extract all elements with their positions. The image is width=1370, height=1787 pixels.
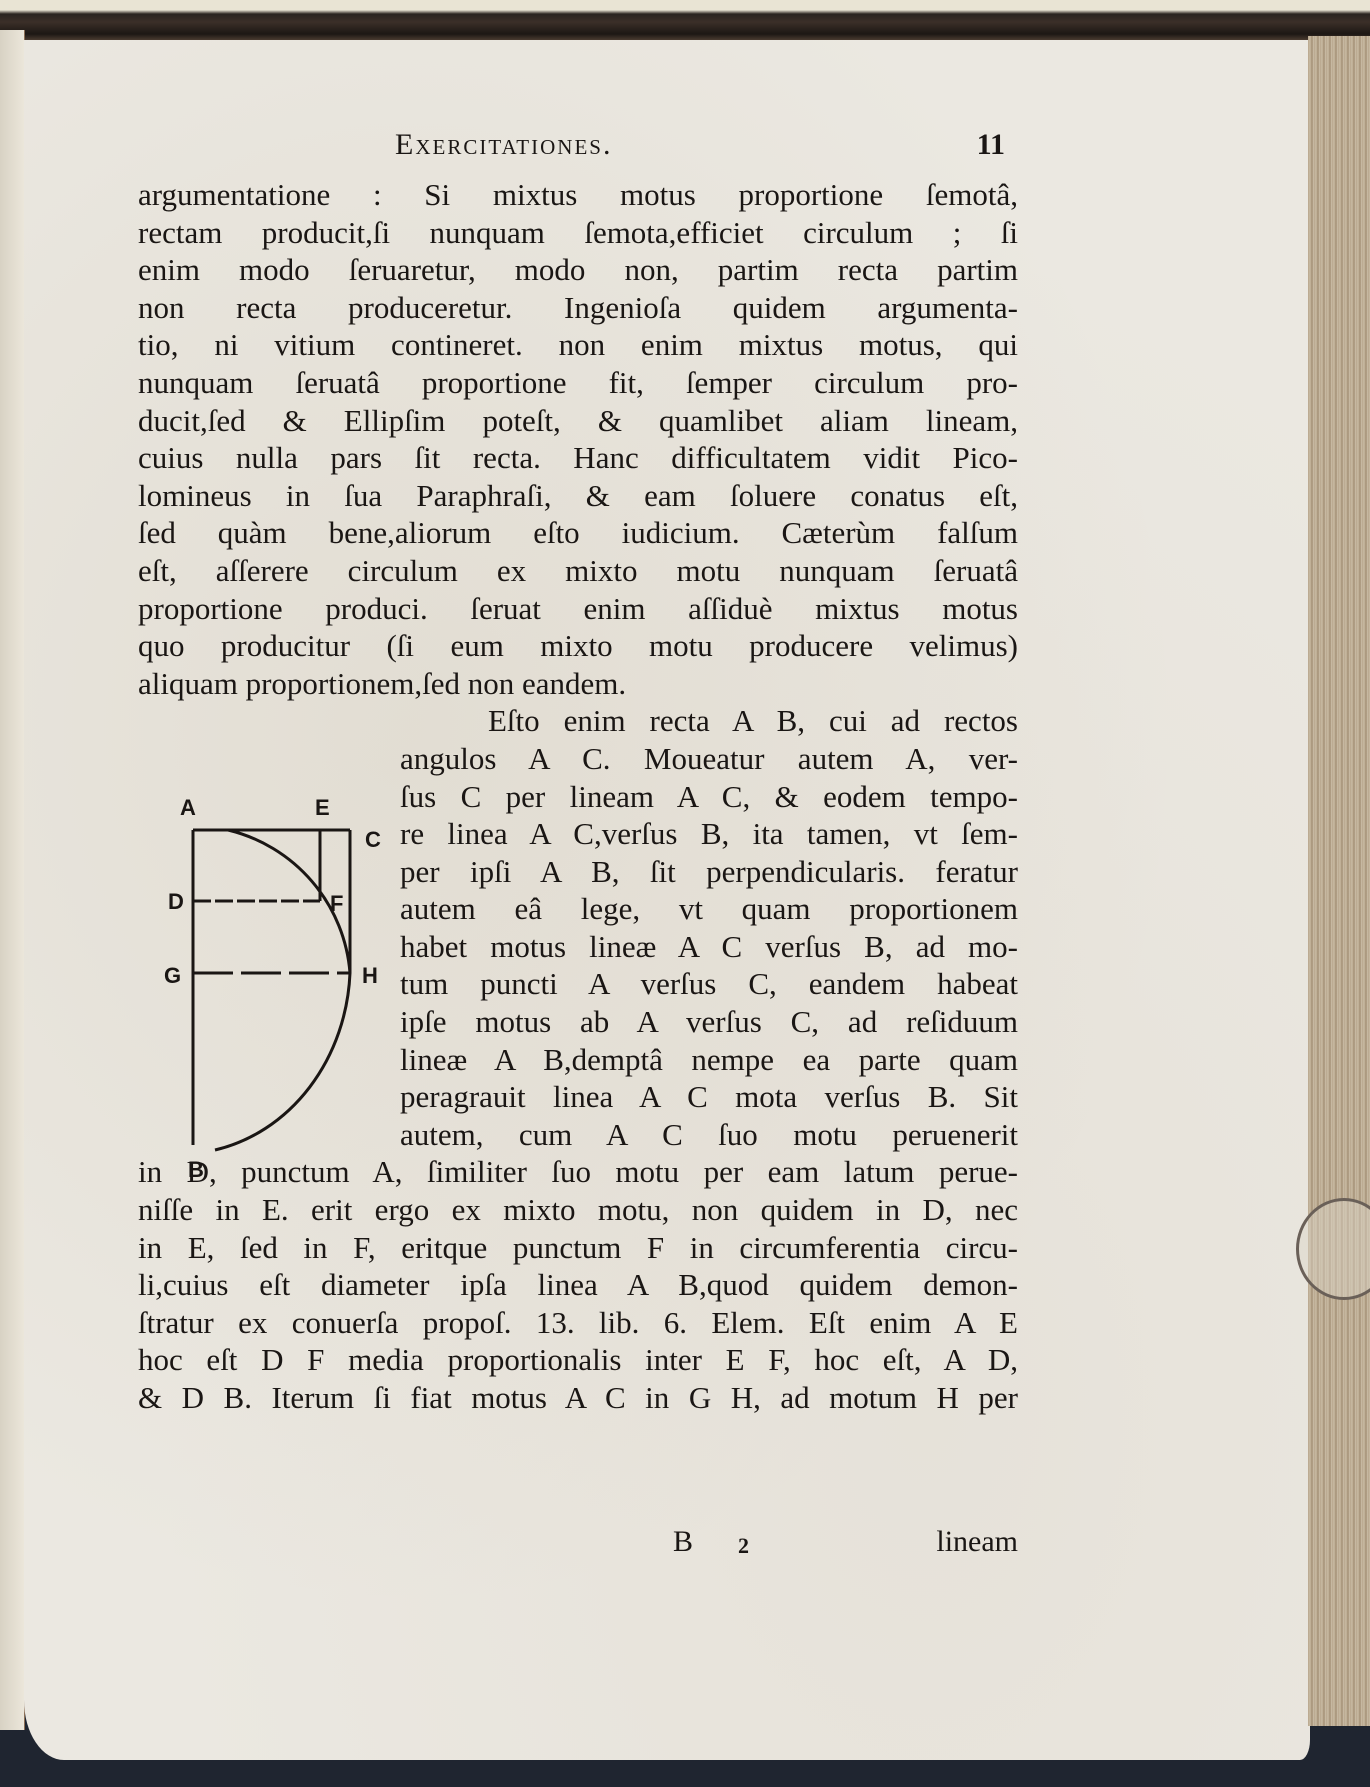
signature-number: 2 bbox=[738, 1533, 749, 1559]
text-line: argumentatione : Si mixtus motus proport… bbox=[138, 176, 1018, 214]
label-B: B bbox=[188, 1157, 204, 1183]
signature-mark: B bbox=[673, 1525, 693, 1559]
page-header: Exercitationes. 11 bbox=[135, 128, 1005, 168]
text-line: rectam producit,ſi nunquam ſemota,effici… bbox=[138, 214, 1018, 252]
geometric-diagram: A E C D F G H B bbox=[150, 795, 400, 1195]
page-number: 11 bbox=[977, 128, 1005, 162]
text-line: ducit,ſed & Ellipſim poteſt, & quamlibet… bbox=[138, 402, 1018, 440]
text-line: ſed quàm bene,aliorum eſto iudicium. Cæt… bbox=[138, 514, 1018, 552]
text-line: niſſe in E. erit ergo ex mixto motu, non… bbox=[138, 1191, 1018, 1229]
text-line: enim modo ſeruaretur, modo non, partim r… bbox=[138, 251, 1018, 289]
text-line: lomineus in ſua Paraphraſi, & eam ſoluer… bbox=[138, 477, 1018, 515]
page-footer: B 2 lineam bbox=[138, 1525, 1018, 1565]
text-line: li,cuius eſt diameter ipſa linea A B,quo… bbox=[138, 1266, 1018, 1304]
text-line: proportione produci. ſeruat enim aſſiduè… bbox=[138, 590, 1018, 628]
text-line: quo producitur (ſi eum mixto motu produc… bbox=[138, 627, 1018, 665]
catchword: lineam bbox=[936, 1525, 1018, 1559]
label-D: D bbox=[168, 889, 184, 915]
semicircle-diagram-icon bbox=[150, 795, 400, 1195]
book-fore-edge bbox=[1308, 36, 1370, 1726]
label-E: E bbox=[315, 795, 330, 821]
left-page-edge bbox=[0, 30, 25, 1730]
label-C: C bbox=[365, 827, 381, 853]
text-line: ſtratur ex conuerſa propoſ. 13. lib. 6. … bbox=[138, 1304, 1018, 1342]
text-line: in E, ſed in F, eritque punctum F in cir… bbox=[138, 1229, 1018, 1267]
text-line: eſt, aſſerere circulum ex mixto motu nun… bbox=[138, 552, 1018, 590]
text-line: & D B. Iterum ſi fiat motus A C in G H, … bbox=[138, 1379, 1018, 1417]
text-line: angulos A C. Moueatur autem A, ver- bbox=[138, 740, 1018, 778]
label-H: H bbox=[362, 963, 378, 989]
text-line: aliquam proportionem,ſed non eandem. bbox=[138, 665, 1018, 703]
label-F: F bbox=[330, 891, 343, 917]
running-title: Exercitationes. bbox=[395, 128, 612, 162]
text-line: hoc eſt D F media proportionalis inter E… bbox=[138, 1341, 1018, 1379]
text-line: cuius nulla pars ſit recta. Hanc difficu… bbox=[138, 439, 1018, 477]
label-A: A bbox=[180, 795, 196, 821]
text-line: nunquam ſeruatâ proportione fit, ſemper … bbox=[138, 364, 1018, 402]
text-line: non recta produceretur. Ingenioſa quidem… bbox=[138, 289, 1018, 327]
paragraph-start-line: Eſto enim recta A B, cui ad rectos bbox=[138, 702, 1018, 740]
text-line: tio, ni vitium contineret. non enim mixt… bbox=[138, 326, 1018, 364]
label-G: G bbox=[164, 963, 181, 989]
